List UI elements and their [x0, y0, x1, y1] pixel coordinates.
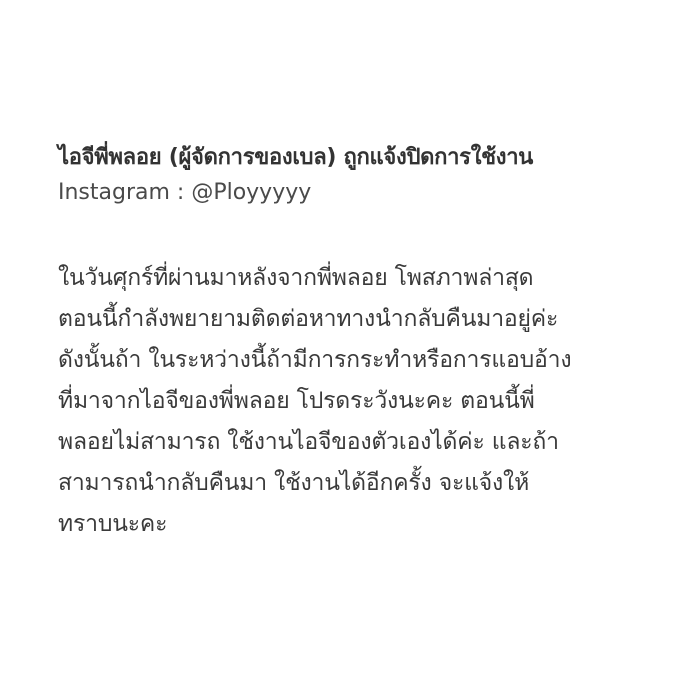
instagram-handle: Instagram : @Ployyyyy	[58, 176, 678, 210]
announcement: ไอจีพี่พลอย (ผู้จัดการของเบล) ถูกแจ้งปิด…	[58, 140, 678, 545]
announcement-title: ไอจีพี่พลอย (ผู้จัดการของเบล) ถูกแจ้งปิด…	[58, 140, 678, 176]
body-line: ที่มาจากไอจีของพี่พลอย โปรดระวังนะคะ ตอน…	[58, 381, 678, 422]
body-line: พลอยไม่สามารถ ใช้งานไอจีของตัวเองได้ค่ะ …	[58, 422, 678, 463]
body-line: ทราบนะคะ	[58, 504, 678, 545]
body-line: สามารถนำกลับคืนมา ใช้งานได้อีกครั้ง จะแจ…	[58, 463, 678, 504]
body-line: ดังนั้นถ้า ในระหว่างนี้ถ้ามีการกระทำหรือ…	[58, 340, 678, 381]
announcement-body: ในวันศุกร์ที่ผ่านมาหลังจากพี่พลอย โพสภาพ…	[58, 258, 678, 545]
body-line: ในวันศุกร์ที่ผ่านมาหลังจากพี่พลอย โพสภาพ…	[58, 258, 678, 299]
body-line: ตอนนี้กำลังพยายามติดต่อหาทางนำกลับคืนมาอ…	[58, 299, 678, 340]
